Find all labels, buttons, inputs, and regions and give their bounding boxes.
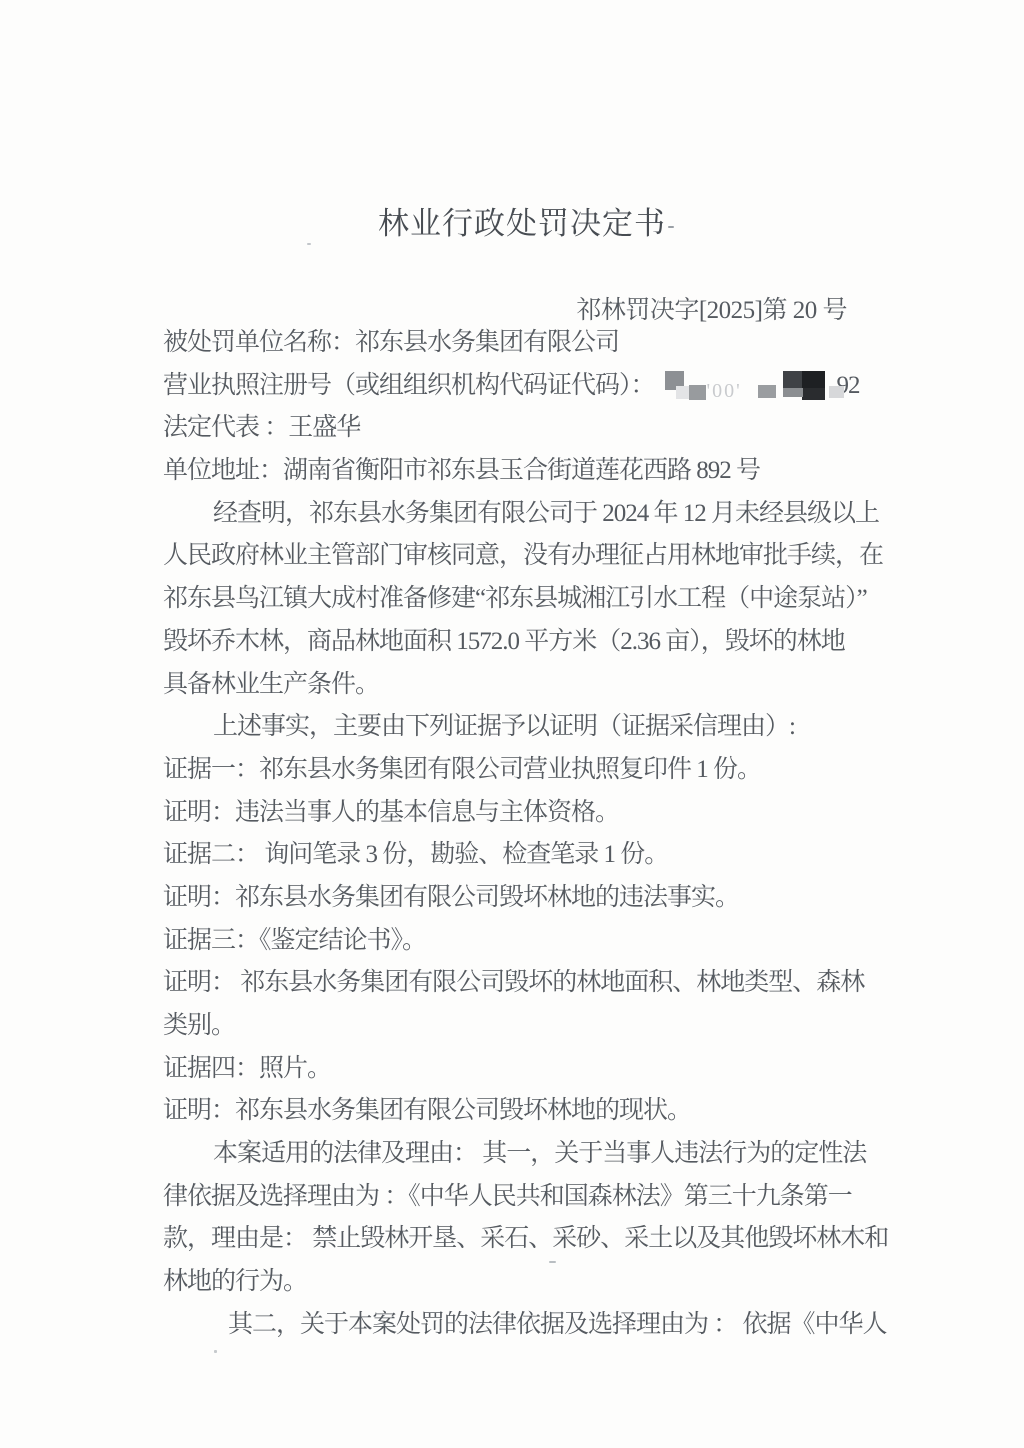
text-line: 人民政府林业主管部门审核同意，没有办理征占用林地审批手续，在 [163,535,887,578]
text-line: 本案适用的法律及理由： 其一，关于当事人违法行为的定性法 [163,1133,887,1176]
text-line: 款，理由是： 禁止毁林开垦、采石、采砂、采土以及其他毁坏林木和 [163,1218,887,1261]
document-body: 被处罚单位名称：祁东县水务集团有限公司营业执照注册号（或组组织机构代码证代码）：… [163,322,887,1347]
registration-number-line: 营业执照注册号（或组组织机构代码证代码）：'00'92 [163,365,887,408]
document-page: 林业行政处罚决定书 祁林罚决字[2025]第 20 号 被处罚单位名称：祁东县水… [0,0,1024,1448]
text-line: 其二，关于本案处罚的法律依据及选择理由为 ： 依据《中华人 [163,1304,887,1347]
mosaic-block [829,386,844,398]
document-title: 林业行政处罚决定书 [163,198,881,243]
text-line: 证据二： 询问笔录 3 份，勘验、检查笔录 1 份。 [163,834,887,877]
redaction-mosaic: '00' [661,369,846,400]
text-line: 法定代表 ：王盛华 [163,407,887,450]
text-line: 上述事实，主要由下列证据予以证明（证据采信理由）: [163,706,887,749]
text-line: 证明：祁东县水务集团有限公司毁坏林地的现状。 [163,1090,887,1133]
scan-speck [668,226,674,228]
text-line: 证据一：祁东县水务集团有限公司营业执照复印件 1 份。 [163,749,887,792]
text-line: 经查明，祁东县水务集团有限公司于 2024 年 12 月未经县级以上 [163,493,887,536]
scan-speck [549,1261,556,1263]
text-line: 毁坏乔木林，商品林地面积 1572.0 平方米（2.36 亩），毁坏的林地 [163,621,887,664]
mosaic-block [802,371,825,389]
field-label: 营业执照注册号（或组组织机构代码证代码）： [163,372,655,399]
text-line: 证明：祁东县水务集团有限公司毁坏林地的违法事实。 [163,877,887,920]
text-line: 具备林业生产条件。 [163,664,887,707]
text-line: 单位地址：湖南省衡阳市祁东县玉合街道莲花西路 892 号 [163,450,887,493]
mosaic-block [758,385,776,398]
mosaic-block [689,385,706,400]
text-line: 证明： 祁东县水务集团有限公司毁坏的林地面积、林地类型、森林 [163,962,887,1005]
text-line: 证据四：照片。 [163,1048,887,1091]
text-line: 类别。 [163,1005,887,1048]
scan-speck [307,243,311,245]
text-line: 证据三：《鉴定结论书》。 [163,920,887,963]
text-line: 证明：违法当事人的基本信息与主体资格。 [163,792,887,835]
mosaic-block [783,388,803,397]
text-line: 林地的行为。 [163,1261,887,1304]
redaction-faint-text: '00' [707,370,742,413]
document-number: 祁林罚决字[2025]第 20 号 [163,290,847,326]
text-line: 被处罚单位名称：祁东县水务集团有限公司 [163,322,887,365]
scan-speck [214,1350,217,1353]
text-line: 祁东县鸟江镇大成村准备修建“祁东县城湘江引水工程（中途泵站）” [163,578,887,621]
text-line: 律依据及选择理由为 ：《中华人民共和国森林法》第三十九条第一 [163,1176,887,1219]
mosaic-block [802,388,825,400]
mosaic-block [783,371,803,389]
